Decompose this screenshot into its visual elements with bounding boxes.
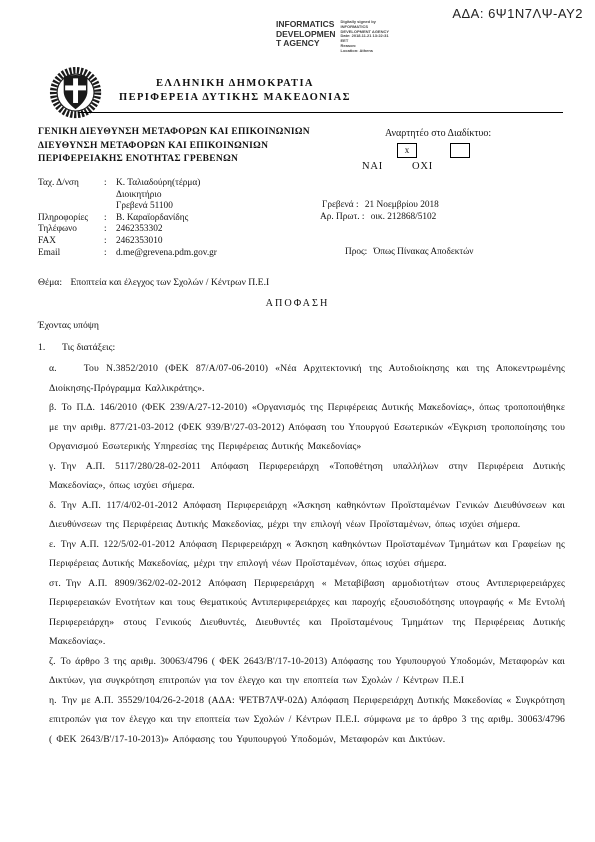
contact-label: Τηλέφωνο (38, 224, 104, 236)
contact-email-value: d.me@grevena.pdm.gov.gr (116, 248, 217, 260)
contact-row-city-zip: Γρεβενά 51100 (38, 201, 565, 213)
contact-colon: : (104, 224, 116, 236)
list-intro: Τις διατάξεις: (62, 341, 115, 355)
subject-label: Θέμα: (38, 277, 62, 288)
item-text: Του Ν.3852/2010 (ΦΕΚ 87/Α/07-06-2010) «Ν… (49, 363, 565, 394)
republic-title: ΕΛΛΗΝΙΚΗ ΔΗΜΟΚΡΑΤΙΑ (119, 77, 351, 91)
list-item-z: ζ.Το άρθρο 3 της αριθμ. 30063/4796 ( ΦΕΚ… (49, 652, 565, 691)
contact-row-email: Email : d.me@grevena.pdm.gov.gr (38, 248, 565, 260)
contact-value: Διοικητήριο (116, 190, 162, 202)
contact-label: Ταχ. Δ/νση (38, 178, 104, 190)
protocol-label: Αρ. Πρωτ. : (320, 212, 364, 222)
recipient-value: Όπως Πίνακας Αποδεκτών (374, 247, 474, 257)
item-letter: στ. (49, 578, 61, 589)
item-text: Το Π.Δ. 146/2010 (ΦΕΚ 239/Α/27-12-2010) … (49, 402, 565, 452)
subject-line: Θέμα: Εποπτεία και έλεγχος των Σχολών / … (38, 277, 269, 288)
city-date-value: 21 Νοεμβρίου 2018 (365, 200, 439, 210)
contact-value: Κ. Ταλιαδούρη(τέρμα) (116, 178, 200, 190)
list-item-d: δ.Την Α.Π. 117/4/02-01-2012 Απόφαση Περι… (49, 496, 565, 535)
item-letter: η. (49, 695, 57, 706)
checkbox-no (450, 143, 470, 158)
checkbox-no-label: ΟΧΙ (412, 161, 433, 172)
city-date-line: Γρεβενά : 21 Νοεμβρίου 2018 (322, 200, 439, 210)
subject-text: Εποπτεία και έλεγχος των Σχολών / Κέντρω… (70, 277, 269, 288)
contact-colon: : (104, 213, 116, 225)
contact-colon: : (104, 178, 116, 190)
contact-row-phone: Τηλέφωνο : 2462353302 (38, 224, 565, 236)
item-letter: γ. (49, 461, 56, 472)
contact-label (38, 190, 104, 202)
legal-basis-list: 1. Τις διατάξεις: α.Του Ν.3852/2010 (ΦΕΚ… (38, 341, 565, 749)
list-item-b: β.Το Π.Δ. 146/2010 (ΦΕΚ 239/Α/27-12-2010… (49, 398, 565, 457)
protocol-value: οικ. 212868/5102 (371, 212, 437, 222)
contact-row-address: Ταχ. Δ/νση : Κ. Ταλιαδούρη(τέρμα) (38, 178, 565, 190)
digital-signature-stamp: INFORMATICS DEVELOPMEN T AGENCY Digitall… (276, 20, 389, 54)
contact-colon (104, 201, 116, 213)
organization-block: ΓΕΝΙΚΗ ΔΙΕΥΘΥΝΣΗ ΜΕΤΑΦΟΡΩΝ ΚΑΙ ΕΠΙΚΟΙΝΩΝ… (38, 126, 565, 176)
contact-row-fax: FAX : 2462353010 (38, 236, 565, 248)
recipient-label: Προς: (345, 247, 367, 257)
signature-details: Digitally signed by INFORMATICS DEVELOPM… (341, 20, 390, 54)
signature-agency-name: INFORMATICS DEVELOPMEN T AGENCY (276, 20, 336, 49)
contact-label: FAX (38, 236, 104, 248)
contact-value: 2462353302 (116, 224, 162, 236)
item-text: Την Α.Π. 8909/362/02-02-2012 Απόφαση Περ… (49, 578, 565, 648)
item-text: Την Α.Π. 122/5/02-01-2012 Απόφαση Περιφε… (49, 539, 565, 570)
item-letter: δ. (49, 500, 56, 511)
header-titles: ΕΛΛΗΝΙΚΗ ΔΗΜΟΚΡΑΤΙΑ ΠΕΡΙΦΕΡΕΙΑ ΔΥΤΙΚΗΣ Μ… (119, 66, 351, 104)
list-item-g: γ.Την Α.Π. 5117/280/28-02-2011 Απόφαση Π… (49, 457, 565, 496)
signature-detail-line: Location: Athens (341, 49, 390, 54)
contact-label: Πληροφορίες (38, 213, 104, 225)
decision-title: ΑΠΟΦΑΣΗ (0, 298, 595, 309)
contact-label (38, 201, 104, 213)
list-item-h: η.Την με Α.Π. 35529/104/26-2-2018 (ΑΔΑ: … (49, 691, 565, 750)
list-item-e: ε.Την Α.Π. 122/5/02-01-2012 Απόφαση Περι… (49, 535, 565, 574)
signature-agency-line: T AGENCY (276, 39, 336, 49)
having-regard-line: Έχοντας υπόψη (38, 320, 99, 331)
item-text: Την Α.Π. 117/4/02-01-2012 Απόφαση Περιφε… (49, 500, 565, 531)
contact-colon: : (104, 236, 116, 248)
contact-value: 2462353010 (116, 236, 162, 248)
checkbox-yes: x (397, 143, 417, 158)
contact-colon: : (104, 248, 116, 260)
contact-value: Γρεβενά 51100 (116, 201, 173, 213)
contact-row-info: Πληροφορίες : Β. Καραϊορδανίδης (38, 213, 565, 225)
city-date-label: Γρεβενά : (322, 200, 359, 210)
item-letter: β. (49, 402, 57, 413)
internet-posting-box: Αναρτητέο στο Διαδίκτυο: x ΝΑΙ ΟΧΙ (352, 128, 532, 180)
header-divider (78, 112, 563, 113)
contact-colon (104, 190, 116, 202)
item-letter: ζ. (49, 656, 56, 667)
list-item-st: στ.Την Α.Π. 8909/362/02-02-2012 Απόφαση … (49, 574, 565, 652)
list-number: 1. (38, 341, 62, 355)
item-text: Την με Α.Π. 35529/104/26-2-2018 (ΑΔΑ: ΨΕ… (49, 695, 565, 745)
contact-row-building: Διοικητήριο (38, 190, 565, 202)
item-text: Την Α.Π. 5117/280/28-02-2011 Απόφαση Περ… (49, 461, 565, 492)
protocol-line: Αρ. Πρωτ. : οικ. 212868/5102 (320, 212, 436, 222)
list-heading: 1. Τις διατάξεις: (38, 341, 565, 355)
item-text: Το άρθρο 3 της αριθμ. 30063/4796 ( ΦΕΚ 2… (49, 656, 565, 687)
list-item-a: α.Του Ν.3852/2010 (ΦΕΚ 87/Α/07-06-2010) … (49, 359, 565, 398)
checkbox-yes-label: ΝΑΙ (362, 161, 383, 172)
contact-label: Email (38, 248, 104, 260)
list-items: α.Του Ν.3852/2010 (ΦΕΚ 87/Α/07-06-2010) … (38, 359, 565, 749)
region-title: ΠΕΡΙΦΕΡΕΙΑ ΔΥΤΙΚΗΣ ΜΑΚΕΔΟΝΙΑΣ (119, 91, 351, 105)
ada-code: ΑΔΑ: 6Ψ1Ν7ΛΨ-ΑΥ2 (452, 6, 583, 21)
contact-block: Ταχ. Δ/νση : Κ. Ταλιαδούρη(τέρμα) Διοικη… (38, 178, 565, 264)
contact-value: Β. Καραϊορδανίδης (116, 213, 188, 225)
item-letter: α. (49, 363, 57, 374)
internet-posting-label: Αναρτητέο στο Διαδίκτυο: (385, 128, 491, 139)
recipient-line: Προς: Όπως Πίνακας Αποδεκτών (345, 247, 473, 257)
item-letter: ε. (49, 539, 56, 550)
